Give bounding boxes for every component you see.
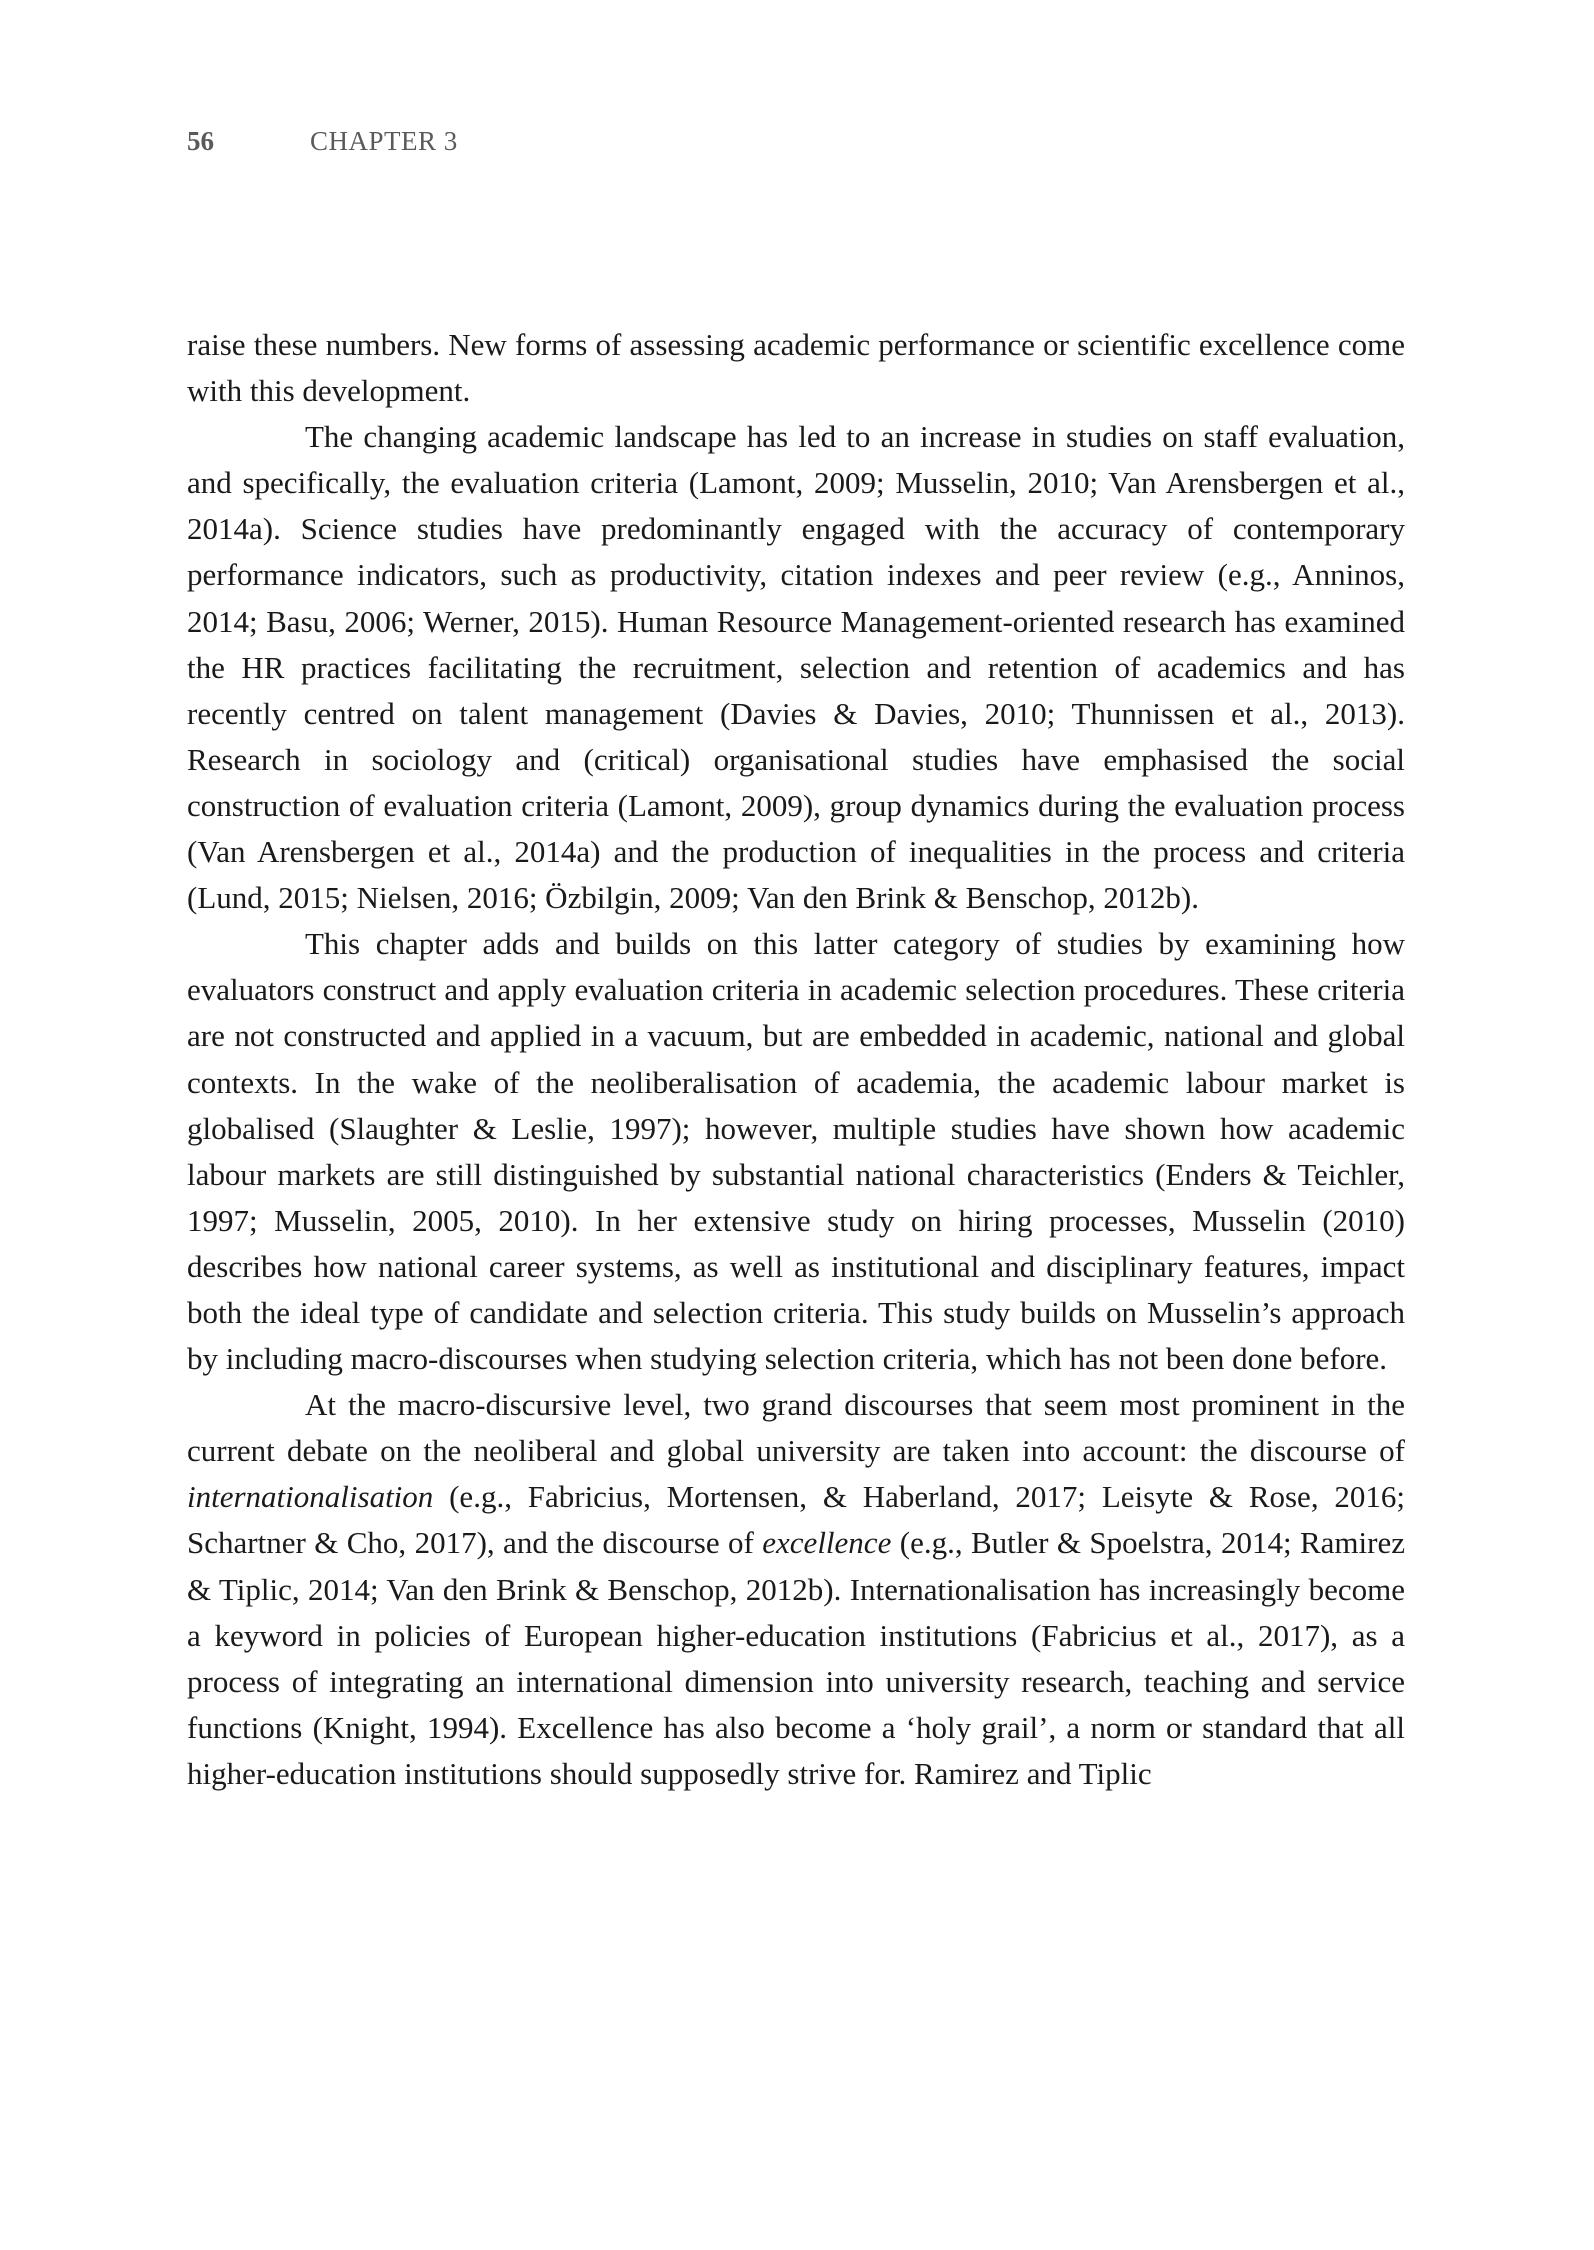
paragraph-text: The changing academic landscape has led … (187, 419, 1405, 915)
paragraph-2: The changing academic landscape has led … (187, 414, 1405, 921)
emphasis-excellence: excellence (762, 1525, 891, 1560)
page-number: 56 (187, 126, 310, 157)
running-head: 56 CHAPTER 3 (187, 126, 458, 157)
paragraph-1: raise these numbers. New forms of assess… (187, 322, 1405, 414)
paragraph-text: This chapter adds and builds on this lat… (187, 926, 1405, 1376)
emphasis-internationalisation: internationalisation (187, 1479, 433, 1514)
paragraph-text: raise these numbers. New forms of assess… (187, 327, 1405, 408)
paragraph-4: At the macro-discursive level, two grand… (187, 1382, 1405, 1797)
paragraph-3: This chapter adds and builds on this lat… (187, 921, 1405, 1382)
paragraph-text: At the macro-discursive level, two grand… (187, 1387, 1405, 1468)
body-text: raise these numbers. New forms of assess… (187, 322, 1405, 1797)
chapter-label: CHAPTER 3 (310, 126, 458, 157)
paragraph-text: (e.g., Butler & Spoelstra, 2014; Ramirez… (187, 1525, 1405, 1790)
